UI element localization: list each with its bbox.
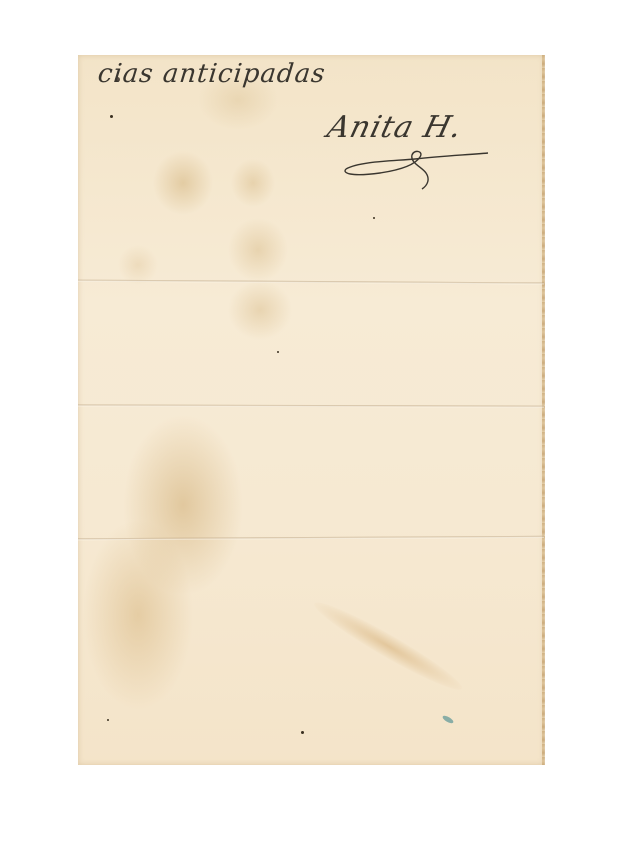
ink-speck: [107, 719, 109, 721]
signature: Anita H.: [324, 110, 466, 145]
scan-stage: cias anticipadas Anita H.: [0, 0, 627, 843]
ink-spot: [442, 714, 455, 724]
ink-speck: [301, 731, 304, 734]
ink-speck: [110, 115, 113, 118]
signature-flourish: [340, 143, 490, 193]
letter-paper: cias anticipadas Anita H.: [78, 55, 544, 765]
torn-right-edge: [542, 55, 545, 765]
handwritten-line: cias anticipadas: [96, 59, 327, 89]
ink-speck: [373, 217, 375, 219]
stain-streak: [309, 594, 467, 698]
ink-speck: [277, 351, 279, 353]
fold-line: [78, 536, 544, 540]
fold-line: [78, 280, 544, 285]
fold-line: [78, 404, 544, 407]
